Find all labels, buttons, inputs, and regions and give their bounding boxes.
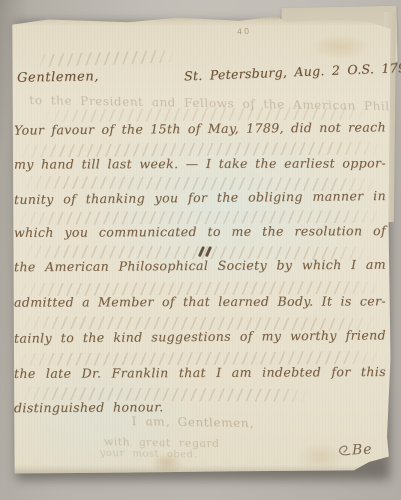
signature-initials: Be <box>352 441 373 458</box>
showthrough-closing-line: your most obed. <box>99 448 199 461</box>
showthrough-closing-line: I am, Gentlemen, <box>130 414 255 430</box>
salutation: Gentlemen, <box>17 69 99 85</box>
body-line: the late Dr. Franklin that I am indebted… <box>14 364 386 381</box>
signature-paraph: Be <box>336 441 373 459</box>
body-line: admitted a Member of that learned Body. … <box>14 293 386 309</box>
photo-background: to the President and Fellows of the Amer… <box>0 0 401 500</box>
ink-blot <box>197 246 215 258</box>
pencil-page-number: 40 <box>237 27 252 37</box>
body-line: my hand till last week. — I take the ear… <box>14 155 386 171</box>
body-line: the American Philosophical Society by wh… <box>14 257 386 275</box>
body-line: distinguished honour. <box>14 398 386 416</box>
body-line: which you communicated to me the resolut… <box>14 223 386 240</box>
paper-stain <box>310 34 370 60</box>
paraph-flourish-icon <box>336 441 352 459</box>
